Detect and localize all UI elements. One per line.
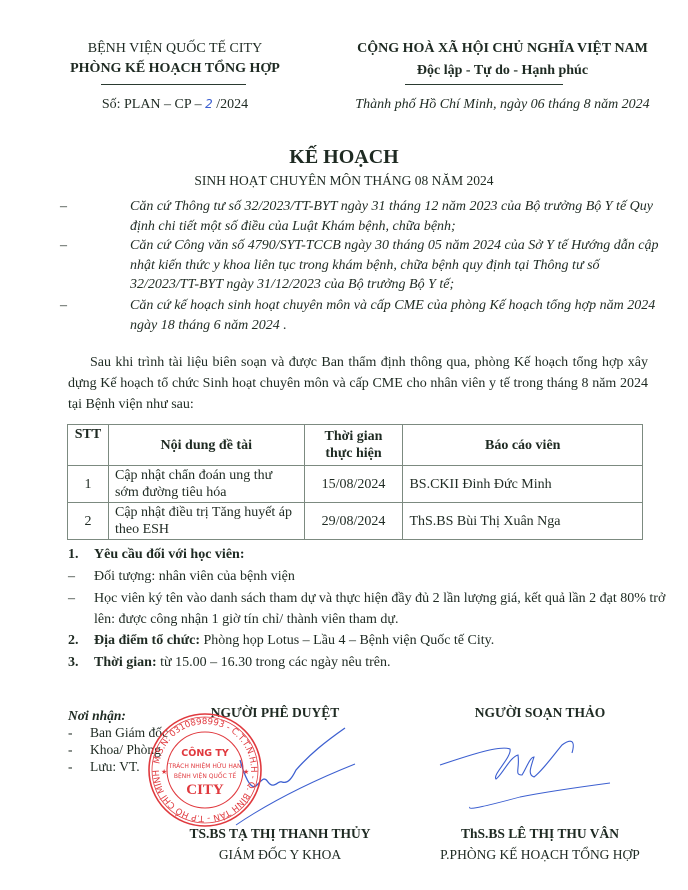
section-title: Địa điểm tổ chức: <box>94 633 200 648</box>
cell-date: 15/08/2024 <box>304 466 403 503</box>
drafter-signature <box>430 735 630 835</box>
section-text: từ 15.00 – 16.30 trong các ngày nêu trên… <box>157 655 391 670</box>
country-name: CỘNG HOÀ XÃ HỘI CHỦ NGHĨA VIỆT NAM <box>330 41 675 57</box>
stamp-line-1: CÔNG TY <box>181 747 229 759</box>
cell-topic: Cập nhật điều trị Tăng huyết áp theo ESH <box>108 503 304 540</box>
national-motto: Độc lập - Tự do - Hạnh phúc <box>330 63 675 79</box>
doc-number-handwritten: 2 <box>205 97 213 111</box>
cell-topic: Cập nhật chẩn đoán ung thư sớm đường tiê… <box>108 466 304 503</box>
dash-marker: – <box>60 236 67 256</box>
header-speaker: Báo cáo viên <box>403 425 643 466</box>
table-header-row: STT Nội dung đề tài Thời gian thực hiện … <box>68 425 643 466</box>
table-row: 2 Cập nhật điều trị Tăng huyết áp theo E… <box>68 503 643 540</box>
dash-marker: - <box>68 725 73 740</box>
document-number: Số: PLAN – CP – 2 /2024 <box>40 97 310 113</box>
dash-marker: - <box>68 742 73 757</box>
recipients-label: Nơi nhận: <box>68 707 126 725</box>
header-topic: Nội dung đề tài <box>108 425 304 466</box>
dash-marker: – <box>68 566 75 587</box>
drafter-title: P.PHÒNG KẾ HOẠCH TỔNG HỢP <box>420 847 660 863</box>
legal-basis-text: Căn cứ Công văn số 4790/SYT-TCCB ngày 30… <box>130 236 670 295</box>
department-underline <box>101 84 246 85</box>
header-time: Thời gian thực hiện <box>304 425 403 466</box>
legal-basis-text: Căn cứ kế hoạch sinh hoạt chuyên môn và … <box>130 296 670 335</box>
table-row: 1 Cập nhật chẩn đoán ung thư sớm đường t… <box>68 466 643 503</box>
cell-stt: 1 <box>68 466 109 503</box>
place-and-date: Thành phố Hồ Chí Minh, ngày 06 tháng 8 n… <box>330 97 675 113</box>
drafter-name: ThS.BS LÊ THỊ THU VÂN <box>420 826 660 842</box>
motto-underline <box>405 84 563 85</box>
drafter-role: NGƯỜI SOẠN THẢO <box>440 705 640 721</box>
intro-paragraph: Sau khi trình tài liệu biên soạn và được… <box>68 352 648 415</box>
stamp-star-left-icon: ★ <box>161 768 167 776</box>
organization-name: BỆNH VIỆN QUỐC TẾ CITY <box>40 41 310 57</box>
dash-marker: – <box>68 588 75 609</box>
dash-marker: – <box>60 197 67 217</box>
section-number: 3. <box>68 653 79 673</box>
section-number: 1. <box>68 545 79 565</box>
doc-number-suffix: /2024 <box>213 97 248 112</box>
section-title: Yêu cầu đối với học viên: <box>94 545 684 565</box>
stamp-line-3: BỆNH VIỆN QUỐC TẾ <box>174 772 236 780</box>
requirement-text: Học viên ký tên vào danh sách tham dự và… <box>94 588 684 630</box>
cell-date: 29/08/2024 <box>304 503 403 540</box>
dash-marker: - <box>68 759 73 774</box>
recipient-item: -Lưu: VT. <box>68 758 73 776</box>
legal-basis-text: Căn cứ Thông tư số 32/2023/TT-BYT ngày 3… <box>130 197 670 236</box>
requirement-text: Đối tượng: nhân viên của bệnh viện <box>94 566 684 587</box>
dash-marker: – <box>60 296 67 316</box>
section-number: 2. <box>68 631 79 651</box>
recipient-item: -Ban Giám đốc <box>68 724 73 742</box>
plan-table: STT Nội dung đề tài Thời gian thực hiện … <box>67 424 643 540</box>
company-stamp-icon: M.S.N: 0310898993 - C.T.T.N.H.H - Q. BÌN… <box>147 712 263 828</box>
stamp-line-4: CITY <box>186 782 224 798</box>
recipient-text: Lưu: VT. <box>90 758 140 776</box>
cell-speaker: BS.CKII Đinh Đức Minh <box>403 466 643 503</box>
document-title: KẾ HOẠCH <box>0 146 688 169</box>
approver-title: GIÁM ĐỐC Y KHOA <box>170 847 390 863</box>
header-stt: STT <box>68 425 109 466</box>
cell-stt: 2 <box>68 503 109 540</box>
document-subtitle: SINH HOẠT CHUYÊN MÔN THÁNG 08 NĂM 2024 <box>0 173 688 189</box>
stamp-star-right-icon: ★ <box>243 768 249 776</box>
section-text: Phòng họp Lotus – Lầu 4 – Bệnh viện Quốc… <box>200 633 494 648</box>
recipient-item: -Khoa/ Phòng <box>68 741 73 759</box>
doc-number-prefix: Số: PLAN – CP – <box>102 97 205 112</box>
department-name: PHÒNG KẾ HOẠCH TỔNG HỢP <box>40 61 310 77</box>
stamp-line-2: TRÁCH NHIỆM HỮU HẠN <box>168 762 242 770</box>
section-title: Thời gian: <box>94 655 157 670</box>
cell-speaker: ThS.BS Bùi Thị Xuân Nga <box>403 503 643 540</box>
approver-name: TS.BS TẠ THỊ THANH THỦY <box>170 826 390 842</box>
